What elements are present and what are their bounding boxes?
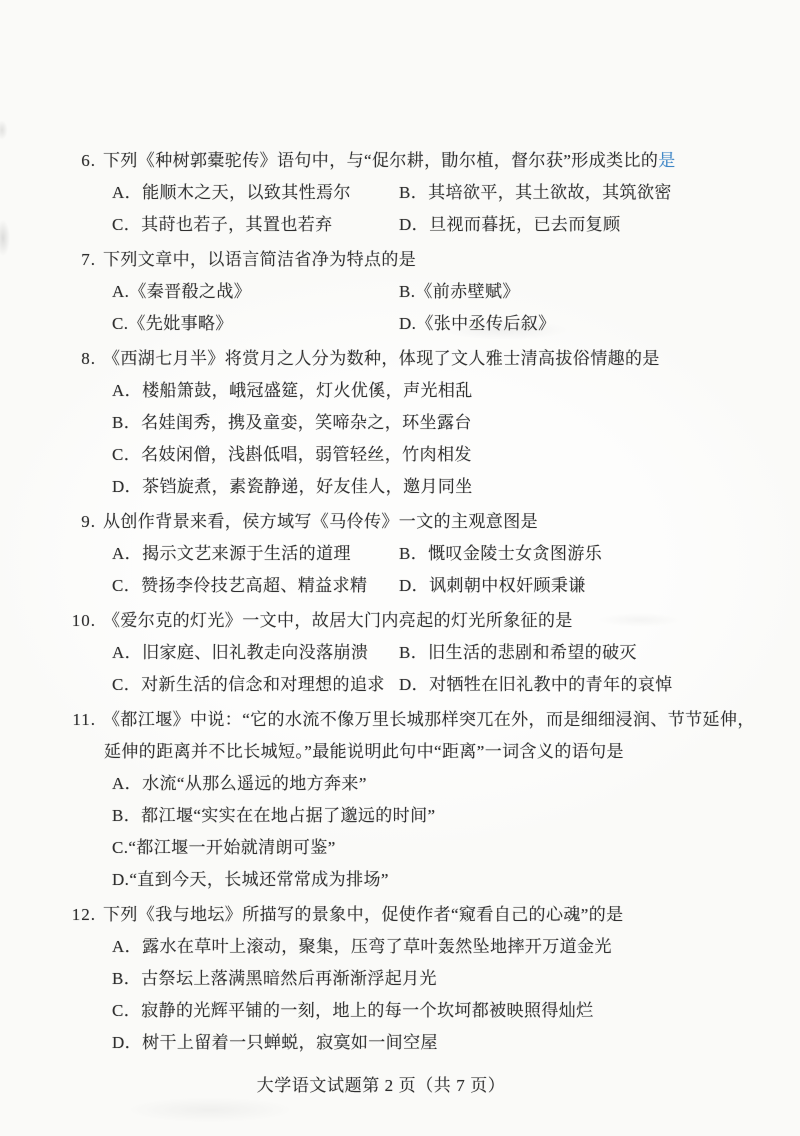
question-10: 10.《爱尔克的灯光》一文中，故居大门内亮起的灯光所象征的是 A．旧家庭、旧礼教… [0, 605, 800, 701]
option-b: B．其培欲平，其土欲故，其筑欲密 [399, 177, 672, 209]
question-11-option-d: D.“直到今天，长城还常常成为排场” [0, 864, 800, 896]
option-c: C．对新生活的信念和对理想的追求 [112, 669, 399, 701]
question-9-options-ab: A．揭示文艺来源于生活的道理B．慨叹金陵士女贪图游乐 [0, 538, 800, 570]
question-number: 8. [56, 343, 96, 375]
question-stem-text: 《都江堰》中说：“它的水流不像万里长城那样突兀在外，而是细细浸润、节节延伸， [103, 710, 755, 729]
question-11-stem-line2: 延伸的距离并不比长城短。”最能说明此句中“距离”一词含义的语句是 [0, 736, 800, 768]
question-11-option-a: A．水流“从那么遥远的地方奔来” [0, 768, 800, 800]
question-11-option-b: B．都江堰“实实在在地占据了邈远的时间” [0, 800, 800, 832]
question-stem-text: 从创作背景来看，侯方域写《马伶传》一文的主观意图是 [103, 512, 538, 531]
question-12-option-b: B．古祭坛上落满黑暗然后再渐渐浮起月光 [0, 963, 800, 995]
question-9-options-cd: C．赞扬李伶技艺高超、精益求精D．讽刺朝中权奸顾秉谦 [0, 570, 800, 602]
question-6-options-ab: A．能顺木之天，以致其性焉尔B．其培欲平，其土欲故，其筑欲密 [0, 177, 800, 209]
question-7-options-ab: A.《秦晋殽之战》B.《前赤壁赋》 [0, 276, 800, 308]
question-12-stem: 12.下列《我与地坛》所描写的景象中，促使作者“窥看自己的心魂”的是 [0, 899, 800, 931]
question-9: 9.从创作背景来看，侯方域写《马伶传》一文的主观意图是 A．揭示文艺来源于生活的… [0, 506, 800, 602]
question-number: 6. [56, 145, 96, 177]
option-a: A．旧家庭、旧礼教走向没落崩溃 [112, 637, 399, 669]
question-11-stem-line1: 11.《都江堰》中说：“它的水流不像万里长城那样突兀在外，而是细细浸润、节节延伸… [0, 704, 800, 736]
option-b: B.《前赤壁赋》 [399, 276, 520, 308]
question-number: 11. [56, 704, 96, 736]
option-c: C.《先妣事略》 [112, 308, 399, 340]
question-8-stem: 8.《西湖七月半》将赏月之人分为数种，体现了文人雅士清高拔俗情趣的是 [0, 343, 800, 375]
exam-sheet: 6.下列《种树郭橐驼传》语句中，与“促尔耕，勖尔植，督尔获”形成类比的是 A．能… [0, 0, 800, 1136]
question-7: 7.下列文章中，以语言简洁省净为特点的是 A.《秦晋殽之战》B.《前赤壁赋》 C… [0, 244, 800, 340]
question-11-option-c: C.“都江堰一开始就清朗可鉴” [0, 832, 800, 864]
question-7-options-cd: C.《先妣事略》D.《张中丞传后叙》 [0, 308, 800, 340]
option-b: B．慨叹金陵士女贪图游乐 [399, 538, 602, 570]
question-7-stem: 7.下列文章中，以语言简洁省净为特点的是 [0, 244, 800, 276]
question-number: 12. [56, 899, 96, 931]
question-stem-text: 下列《种树郭橐驼传》语句中，与“促尔耕，勖尔植，督尔获”形成类比的 [103, 151, 658, 170]
option-c: C．其莳也若子，其置也若弃 [112, 209, 399, 241]
question-number: 9. [56, 506, 96, 538]
question-12: 12.下列《我与地坛》所描写的景象中，促使作者“窥看自己的心魂”的是 A．露水在… [0, 899, 800, 1059]
option-d: D．讽刺朝中权奸顾秉谦 [399, 570, 586, 602]
question-8-option-b: B．名娃闺秀，携及童娈，笑啼杂之，环坐露台 [0, 407, 800, 439]
question-6: 6.下列《种树郭橐驼传》语句中，与“促尔耕，勖尔植，督尔获”形成类比的是 A．能… [0, 145, 800, 241]
question-6-stem: 6.下列《种树郭橐驼传》语句中，与“促尔耕，勖尔植，督尔获”形成类比的是 [0, 145, 800, 177]
question-10-options-ab: A．旧家庭、旧礼教走向没落崩溃B．旧生活的悲剧和希望的破灭 [0, 637, 800, 669]
question-6-options-cd: C．其莳也若子，其置也若弃D．旦视而暮抚，已去而复顾 [0, 209, 800, 241]
question-12-option-c: C．寂静的光辉平铺的一刻，地上的每一个坎坷都被映照得灿烂 [0, 995, 800, 1027]
option-d: D.《张中丞传后叙》 [399, 308, 556, 340]
question-number: 10. [56, 605, 96, 637]
option-d: D．旦视而暮抚，已去而复顾 [399, 209, 620, 241]
question-12-option-d: D．树干上留着一只蝉蜕，寂寞如一间空屋 [0, 1027, 800, 1059]
scanned-exam-page: { "colors": { "ink": "#2e2e2e", "highlig… [0, 0, 800, 1136]
question-stem-text: 《爱尔克的灯光》一文中，故居大门内亮起的灯光所象征的是 [103, 611, 573, 630]
question-stem-text: 下列《我与地坛》所描写的景象中，促使作者“窥看自己的心魂”的是 [103, 905, 624, 924]
option-c: C．赞扬李伶技艺高超、精益求精 [112, 570, 399, 602]
question-8: 8.《西湖七月半》将赏月之人分为数种，体现了文人雅士清高拔俗情趣的是 A．楼船箫… [0, 343, 800, 503]
option-b: B．旧生活的悲剧和希望的破灭 [399, 637, 637, 669]
question-10-options-cd: C．对新生活的信念和对理想的追求D．对牺牲在旧礼教中的青年的哀悼 [0, 669, 800, 701]
question-12-option-a: A．露水在草叶上滚动，聚集，压弯了草叶轰然坠地摔开万道金光 [0, 931, 800, 963]
option-a: A.《秦晋殽之战》 [112, 276, 399, 308]
question-stem-text: 《西湖七月半》将赏月之人分为数种，体现了文人雅士清高拔俗情趣的是 [103, 349, 660, 368]
option-d: D．对牺牲在旧礼教中的青年的哀悼 [399, 669, 673, 701]
question-stem-text: 下列文章中，以语言简洁省净为特点的是 [103, 250, 416, 269]
question-11: 11.《都江堰》中说：“它的水流不像万里长城那样突兀在外，而是细细浸润、节节延伸… [0, 704, 800, 896]
question-10-stem: 10.《爱尔克的灯光》一文中，故居大门内亮起的灯光所象征的是 [0, 605, 800, 637]
question-8-option-a: A．楼船箫鼓，峨冠盛筵，灯火优傒，声光相乱 [0, 375, 800, 407]
option-a: A．揭示文艺来源于生活的道理 [112, 538, 399, 570]
question-8-option-d: D．茶铛旋煮，素瓷静递，好友佳人，邀月同坐 [0, 471, 800, 503]
option-a: A．能顺木之天，以致其性焉尔 [112, 177, 399, 209]
question-9-stem: 9.从创作背景来看，侯方域写《马伶传》一文的主观意图是 [0, 506, 800, 538]
question-stem-blue-suffix: 是 [658, 151, 675, 170]
page-footer: 大学语文试题第 2 页（共 7 页） [0, 1070, 800, 1102]
question-8-option-c: C．名妓闲僧，浅斟低唱，弱管轻丝，竹肉相发 [0, 439, 800, 471]
question-number: 7. [56, 244, 96, 276]
